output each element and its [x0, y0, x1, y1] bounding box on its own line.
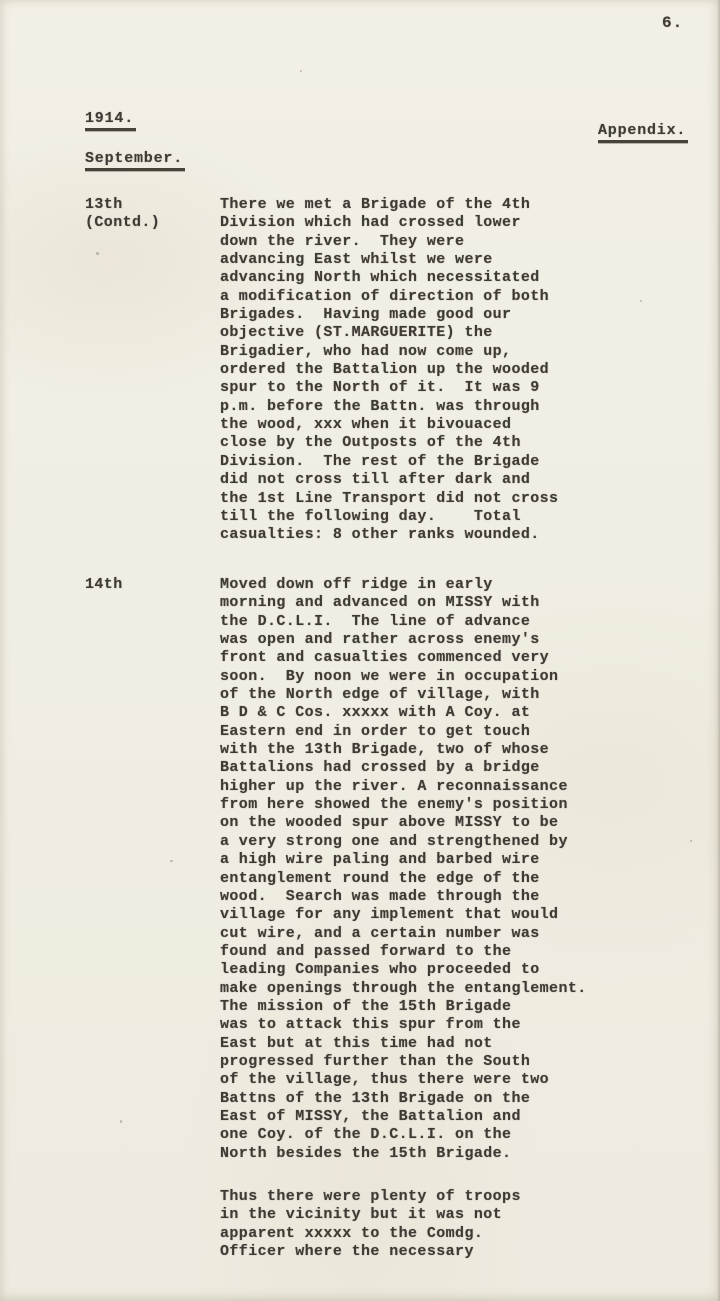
paper-speck	[120, 1120, 122, 1123]
entry-date-line: 13th	[85, 196, 215, 214]
year-heading: 1914.	[85, 110, 136, 131]
entry-date-line: (Contd.)	[85, 214, 215, 232]
entry-text: There we met a Brigade of the 4th Divisi…	[220, 196, 640, 545]
month-heading: September.	[85, 150, 185, 171]
entry-date-line: 14th	[85, 576, 215, 594]
diary-page: 6. 1914. Appendix. September. 13th (Cont…	[0, 0, 720, 1301]
entry-text: Thus there were plenty of troops in the …	[220, 1188, 640, 1261]
paper-speck	[690, 840, 692, 842]
entry-date: 14th	[85, 576, 215, 594]
entry-text: Moved down off ridge in early morning an…	[220, 576, 640, 1163]
page-number: 6.	[662, 14, 683, 32]
entry-date: 13th (Contd.)	[85, 196, 215, 233]
paper-speck	[300, 70, 302, 72]
appendix-heading: Appendix.	[598, 122, 688, 143]
paper-speck	[640, 300, 642, 302]
paper-speck	[96, 252, 99, 255]
paper-speck	[170, 860, 173, 862]
